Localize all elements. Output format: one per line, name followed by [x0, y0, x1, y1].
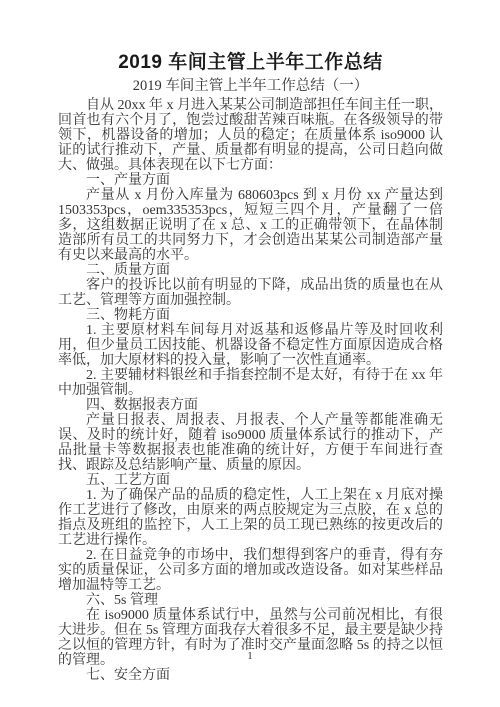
section-heading: 四、数据报表方面	[58, 398, 443, 413]
paragraph: 产量日报表、周报表、月报表、个人产量等都能准确无误、及时的统计好，随着 iso9…	[58, 413, 443, 473]
paragraph: 自从 20xx 年 x 月进入某某公司制造部担任车间主任一职，回首也有六个月了，…	[58, 98, 443, 173]
paragraph: 客户的投诉比以前有明显的下降，成品出货的质量也在从工艺、管理等方面加强控制。	[58, 278, 443, 308]
paragraph: 2. 主要辅材料银丝和手指套控制不是太好，有待于在 xx 年中加强管制。	[58, 368, 443, 398]
paragraph: 2. 在日益竞争的市场中，我们想得到客户的垂青，得有夯实的质量保证，公司多方面的…	[58, 548, 443, 593]
document-body: 自从 20xx 年 x 月进入某某公司制造部担任车间主任一职，回首也有六个月了，…	[58, 98, 443, 683]
section-heading: 一、产量方面	[58, 173, 443, 188]
section-heading: 七、安全方面	[58, 668, 443, 683]
section-heading: 五、工艺方面	[58, 473, 443, 488]
section-heading: 二、质量方面	[58, 263, 443, 278]
paragraph: 1. 主要原材料车间每月对返基和返修晶片等及时回收利用，但少量员工因技能、机器设…	[58, 323, 443, 368]
paragraph: 产量从 x 月份入库量为 680603pcs 到 x 月份 xx 产量达到 15…	[58, 188, 443, 263]
section-heading: 六、5s 管理	[58, 593, 443, 608]
document-page: 2019 车间主管上半年工作总结 2019 车间主管上半年工作总结（一） 自从 …	[0, 0, 500, 707]
paragraph: 1. 为了确保产品的品质的稳定性，人工上架在 x 月底对操作工艺进行了修改，由原…	[58, 488, 443, 548]
document-subtitle: 2019 车间主管上半年工作总结（一）	[58, 78, 443, 95]
document-title: 2019 车间主管上半年工作总结	[58, 52, 443, 74]
page-number: 1	[0, 650, 500, 662]
section-heading: 三、物耗方面	[58, 308, 443, 323]
